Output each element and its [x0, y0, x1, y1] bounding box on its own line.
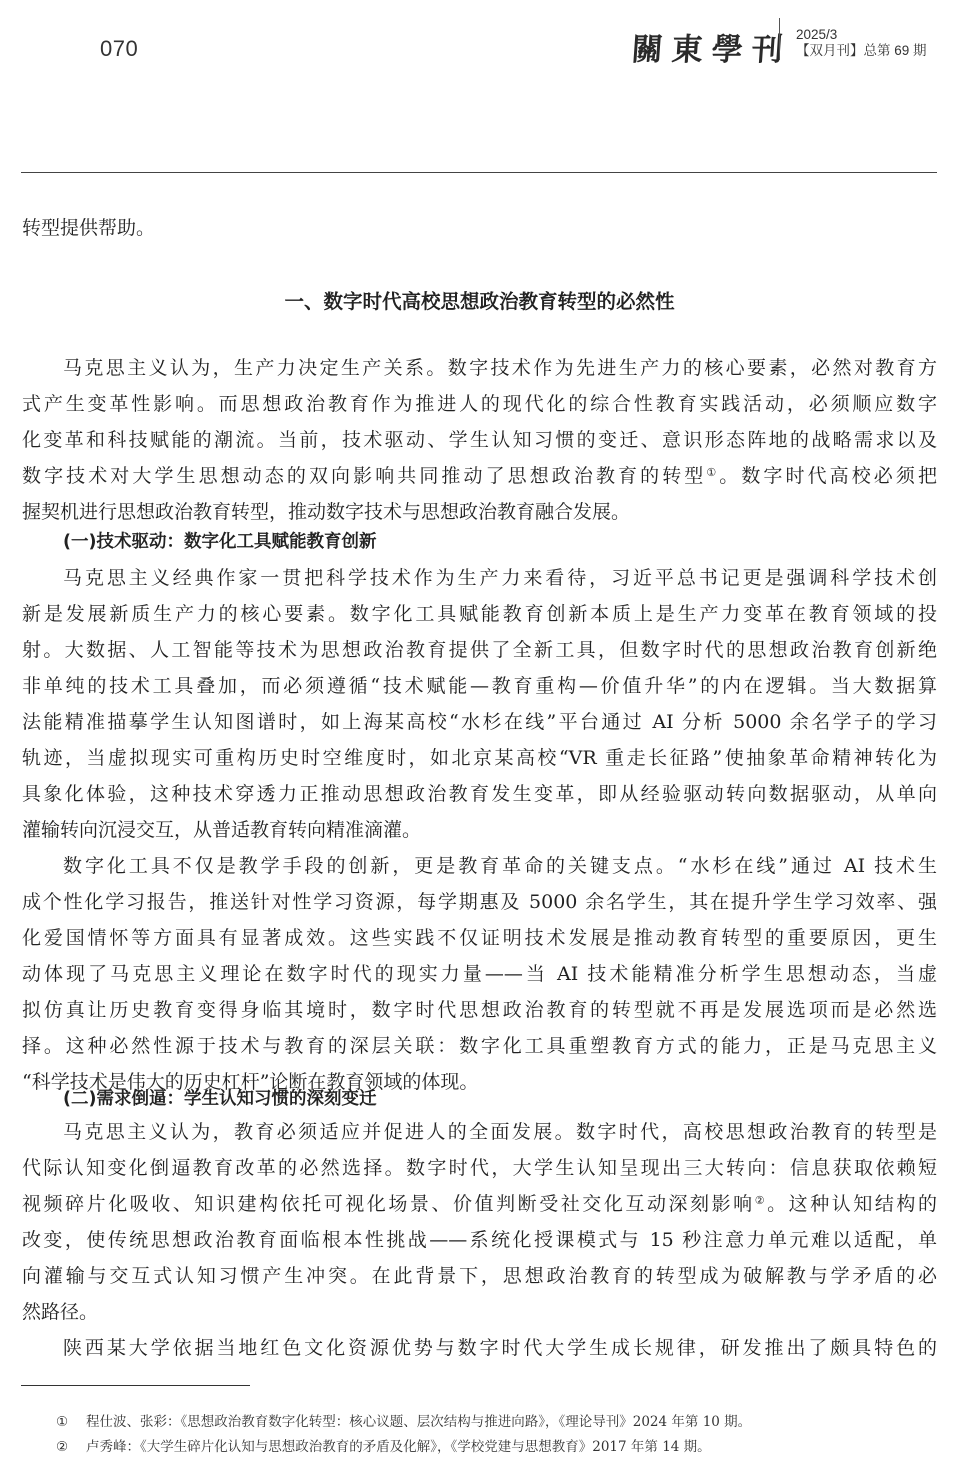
footnote-1: ①程仕波、张彩：《思想政治教育数字化转型：核心议题、层次结构与推进向路》，《理论…: [56, 1412, 751, 1432]
subsection-heading-2: (二)需求倒逼：学生认知习惯的深刻变迁: [63, 1084, 377, 1114]
footnote-text: 卢秀峰：《大学生碎片化认知与思想政治教育的矛盾及化解》，《学校党建与思想教育》2…: [86, 1439, 711, 1455]
paragraph-line: 新是发展新质生产力的核心要素。数字化工具赋能教育创新本质上是生产力变革在教育领域…: [22, 596, 937, 632]
page-number: 070: [100, 36, 138, 62]
paragraph-line: 改变，使传统思想政治教育面临根本性挑战——系统化授课模式与 15 秒注意力单元难…: [22, 1222, 937, 1258]
section-title: 一、数字时代高校思想政治教育转型的必然性: [22, 286, 937, 314]
footnote-ref-2[interactable]: ②: [755, 1194, 767, 1207]
paragraph-line: 式产生变革性影响。而思想政治教育作为推进人的现代化的综合性教育实践活动，必须顺应…: [22, 386, 937, 422]
paragraph-line: 择。这种必然性源于技术与教育的深层关联：数字化工具重塑教育方式的能力，正是马克思…: [22, 1028, 937, 1064]
paragraph-line: 向灌输与交互式认知习惯产生冲突。在此背景下，思想政治教育的转型成为破解教与学矛盾…: [22, 1258, 937, 1294]
subsection-heading-1: (一)技术驱动：数字化工具赋能教育创新: [63, 527, 377, 557]
line-text: 数字技术对大学生思想动态的双向影响共同推动了思想政治教育的转型: [22, 465, 706, 487]
footnote-2: ②卢秀峰：《大学生碎片化认知与思想政治教育的矛盾及化解》，《学校党建与思想教育》…: [56, 1437, 711, 1457]
paragraph-line: 陕西某大学依据当地红色文化资源优势与数字时代大学生成长规律，研发推出了颇具特色的: [63, 1330, 937, 1366]
line-text: 。这种认知结构的: [767, 1193, 937, 1215]
issue-year-number: 2025/3: [796, 27, 927, 43]
paragraph-line: 马克思主义经典作家一贯把科学技术作为生产力来看待，习近平总书记更是强调科学技术创: [63, 560, 937, 596]
carryover-line: 转型提供帮助。: [22, 210, 937, 246]
paragraph-line: 视频碎片化吸收、知识建构依托可视化场景、价值判断受社交化互动深刻影响②。这种认知…: [22, 1186, 937, 1222]
masthead-divider: [779, 18, 780, 60]
paragraph-line: 数字化工具不仅是教学手段的创新，更是教育革命的关键支点。“水杉在线”通过 AI …: [63, 848, 937, 884]
paragraph-line: 拟仿真让历史教育变得身临其境时，数字时代思想政治教育的转型就不再是发展选项而是必…: [22, 992, 937, 1028]
journal-masthead: 關東學刊: [630, 24, 793, 69]
paragraph-line: 马克思主义认为，生产力决定生产关系。数字技术作为先进生产力的核心要素，必然对教育…: [63, 350, 937, 386]
footnote-rule: [21, 1385, 250, 1386]
paragraph-line: 法能精准描摹学生认知图谱时，如上海某高校“水杉在线”平台通过 AI 分析 500…: [22, 704, 937, 740]
paragraph-line: 非单纯的技术工具叠加，而必须遵循“技术赋能—教育重构—价值升华”的内在逻辑。当大…: [22, 668, 937, 704]
paragraph-line: 化爱国情怀等方面具有显著成效。这些实践不仅证明技术发展是推动教育转型的重要原因，…: [22, 920, 937, 956]
paragraph-line: 轨迹，当虚拟现实可重构历史时空维度时，如北京某高校“VR 重走长征路”使抽象革命…: [22, 740, 937, 776]
header-rule: [21, 172, 937, 173]
paragraph-line: 马克思主义认为，教育必须适应并促进人的全面发展。数字时代，高校思想政治教育的转型…: [63, 1114, 937, 1150]
issue-detail: 【双月刊】总第 69 期: [796, 43, 927, 59]
paragraph-line: 化变革和科技赋能的潮流。当前，技术驱动、学生认知习惯的变迁、意识形态阵地的战略需…: [22, 422, 937, 458]
issue-info: 2025/3 【双月刊】总第 69 期: [796, 27, 927, 59]
paragraph-line: 具象化体验，这种技术穿透力正推动思想政治教育发生变革，即从经验驱动转向数据驱动，…: [22, 776, 937, 812]
footnote-text: 程仕波、张彩：《思想政治教育数字化转型：核心议题、层次结构与推进向路》，《理论导…: [86, 1414, 751, 1430]
footnote-mark: ①: [56, 1412, 86, 1432]
paragraph-line: 动体现了马克思主义理论在数字时代的现实力量——当 AI 技术能精准分析学生思想动…: [22, 956, 937, 992]
paragraph-line: 握契机进行思想政治教育转型，推动数字技术与思想政治教育融合发展。: [22, 494, 937, 530]
paragraph-line: 灌输转向沉浸交互，从普适教育转向精准滴灌。: [22, 812, 937, 848]
footnote-mark: ②: [56, 1437, 86, 1457]
line-text: 。数字时代高校必须把: [719, 465, 937, 487]
paragraph-line: 数字技术对大学生思想动态的双向影响共同推动了思想政治教育的转型①。数字时代高校必…: [22, 458, 937, 494]
paragraph-line: 射。大数据、人工智能等技术为思想政治教育提供了全新工具，但数字时代的思想政治教育…: [22, 632, 937, 668]
paragraph-line: 代际认知变化倒逼教育改革的必然选择。数字时代，大学生认知呈现出三大转向：信息获取…: [22, 1150, 937, 1186]
footnote-ref-1[interactable]: ①: [706, 466, 719, 479]
line-text: 视频碎片化吸收、知识建构依托可视化场景、价值判断受社交化互动深刻影响: [22, 1193, 755, 1215]
paragraph-line: 然路径。: [22, 1294, 937, 1330]
paragraph-line: 成个性化学习报告，推送针对性学习资源，每学期惠及 5000 余名学生，其在提升学…: [22, 884, 937, 920]
